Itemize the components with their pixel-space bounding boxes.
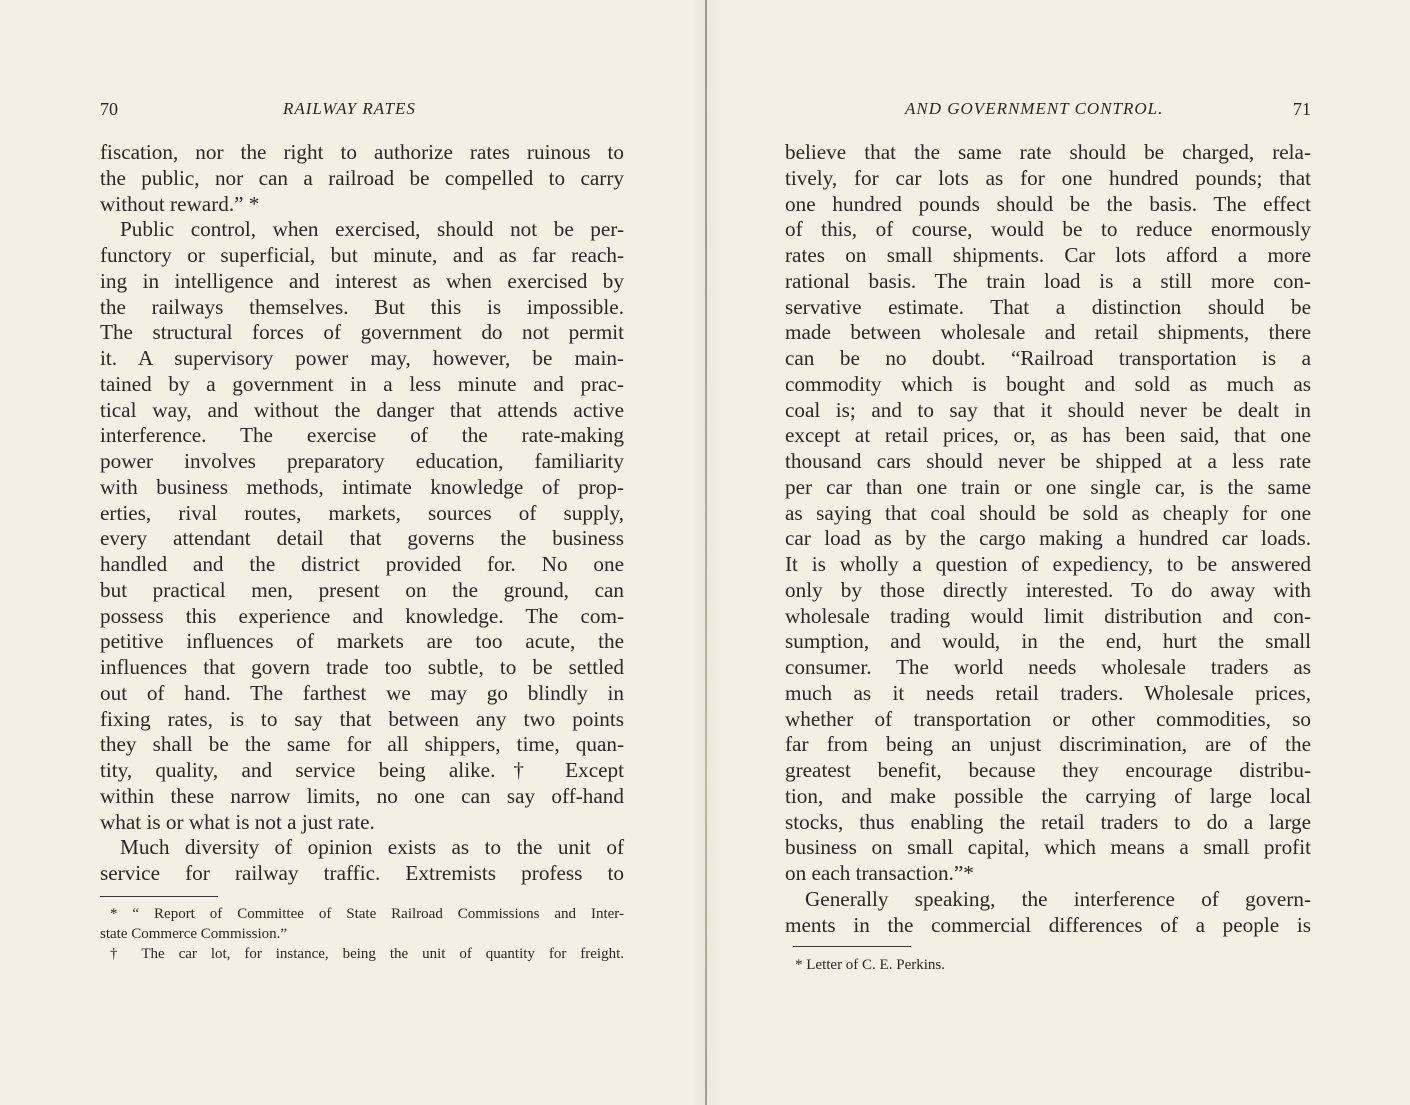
body-text: fiscation, nor the right to authorize ra… (100, 140, 624, 887)
text-line: the public, nor can a railroad be compel… (100, 166, 624, 192)
text-line: possess this experience and knowledge. T… (100, 604, 624, 630)
text-line: they shall be the same for all shippers,… (100, 732, 624, 758)
footnote-line: * Letter of C. E. Perkins. (785, 955, 1311, 975)
body-text: believe that the same rate should be cha… (785, 140, 1311, 938)
text-line: tity, quality, and service being alike.†… (100, 758, 624, 784)
text-line: whether of transportation or other commo… (785, 707, 1311, 733)
text-line: handled and the district provided for. N… (100, 552, 624, 578)
text-line: influences that govern trade too subtle,… (100, 655, 624, 681)
footnote-rule (793, 946, 911, 947)
text-line: business on small capital, which means a… (785, 835, 1311, 861)
text-line: much as it needs retail traders. Wholesa… (785, 681, 1311, 707)
text-line: functory or superficial, but minute, and… (100, 243, 624, 269)
running-head: AND GOVERNMENT CONTROL. 71 (785, 99, 1311, 121)
text-line: but practical men, present on the ground… (100, 578, 624, 604)
text-line: per car than one train or one single car… (785, 475, 1311, 501)
text-line: rates on small shipments. Car lots affor… (785, 243, 1311, 269)
text-line: thousand cars should never be shipped at… (785, 449, 1311, 475)
book-gutter (705, 0, 707, 1105)
text-line: made between wholesale and retail shipme… (785, 320, 1311, 346)
text-line: of this, of course, would be to reduce e… (785, 217, 1311, 243)
book-spread: 70 RAILWAY RATES fiscation, nor the righ… (0, 0, 1410, 1105)
text-line: wholesale trading would limit distributi… (785, 604, 1311, 630)
text-line: consumer. The world needs wholesale trad… (785, 655, 1311, 681)
text-line: servative estimate. That a distinction s… (785, 295, 1311, 321)
text-line: stocks, thus enabling the retail traders… (785, 810, 1311, 836)
text-line: within these narrow limits, no one can s… (100, 784, 624, 810)
text-line: as saying that coal should be sold as ch… (785, 501, 1311, 527)
text-line: without reward.” * (100, 192, 624, 218)
text-line: commodity which is bought and sold as mu… (785, 372, 1311, 398)
text-line: it. A supervisory power may, however, be… (100, 346, 624, 372)
text-line: far from being an unjust discrimination,… (785, 732, 1311, 758)
text-line: rational basis. The train load is a stil… (785, 269, 1311, 295)
text-line: one hundred pounds should be the basis. … (785, 192, 1311, 218)
page-number: 70 (100, 99, 118, 120)
text-line: Public control, when exercised, should n… (100, 217, 624, 243)
running-head-title: AND GOVERNMENT CONTROL. (905, 99, 1163, 119)
running-head: 70 RAILWAY RATES (100, 99, 624, 121)
footnote-line: state Commerce Commission.” (100, 924, 624, 944)
text-line: The structural forces of government do n… (100, 320, 624, 346)
text-line: fiscation, nor the right to authorize ra… (100, 140, 624, 166)
text-line: every attendant detail that governs the … (100, 526, 624, 552)
running-head-title: RAILWAY RATES (283, 99, 416, 119)
text-line: believe that the same rate should be cha… (785, 140, 1311, 166)
left-page: 70 RAILWAY RATES fiscation, nor the righ… (100, 0, 624, 1105)
footnotes: * Letter of C. E. Perkins. (785, 955, 1311, 975)
footnote-line: † The car lot, for instance, being the u… (100, 944, 624, 964)
text-line: tion, and make possible the carrying of … (785, 784, 1311, 810)
text-line: out of hand. The farthest we may go blin… (100, 681, 624, 707)
footnote-rule (100, 896, 218, 897)
text-line: on each transaction.”* (785, 861, 1311, 887)
footnotes: * “ Report of Committee of State Railroa… (100, 904, 624, 964)
page-number: 71 (1293, 99, 1311, 120)
right-page: AND GOVERNMENT CONTROL. 71 believe that … (785, 0, 1311, 1105)
text-line: Much diversity of opinion exists as to t… (100, 835, 624, 861)
text-line: power involves preparatory education, fa… (100, 449, 624, 475)
text-line: except at retail prices, or, as has been… (785, 423, 1311, 449)
text-line: tively, for car lots as for one hundred … (785, 166, 1311, 192)
text-line: greatest benefit, because they encourage… (785, 758, 1311, 784)
text-line: ments in the commercial differences of a… (785, 913, 1311, 939)
text-line: tained by a government in a less minute … (100, 372, 624, 398)
text-line: It is wholly a question of expediency, t… (785, 552, 1311, 578)
text-line: sumption, and would, in the end, hurt th… (785, 629, 1311, 655)
text-line: only by those directly interested. To do… (785, 578, 1311, 604)
text-line: erties, rival routes, markets, sources o… (100, 501, 624, 527)
text-line: service for railway traffic. Extremists … (100, 861, 624, 887)
text-line: petitive influences of markets are too a… (100, 629, 624, 655)
text-line: fixing rates, is to say that between any… (100, 707, 624, 733)
text-line: ing in intelligence and interest as when… (100, 269, 624, 295)
text-line: with business methods, intimate knowledg… (100, 475, 624, 501)
text-line: tical way, and without the danger that a… (100, 398, 624, 424)
text-line: can be no doubt. “Railroad transportatio… (785, 346, 1311, 372)
text-line: what is or what is not a just rate. (100, 810, 624, 836)
text-line: the railways themselves. But this is imp… (100, 295, 624, 321)
footnote-line: * “ Report of Committee of State Railroa… (100, 904, 624, 924)
text-line: car load as by the cargo making a hundre… (785, 526, 1311, 552)
text-line: coal is; and to say that it should never… (785, 398, 1311, 424)
text-line: Generally speaking, the interference of … (785, 887, 1311, 913)
text-line: interference. The exercise of the rate-m… (100, 423, 624, 449)
